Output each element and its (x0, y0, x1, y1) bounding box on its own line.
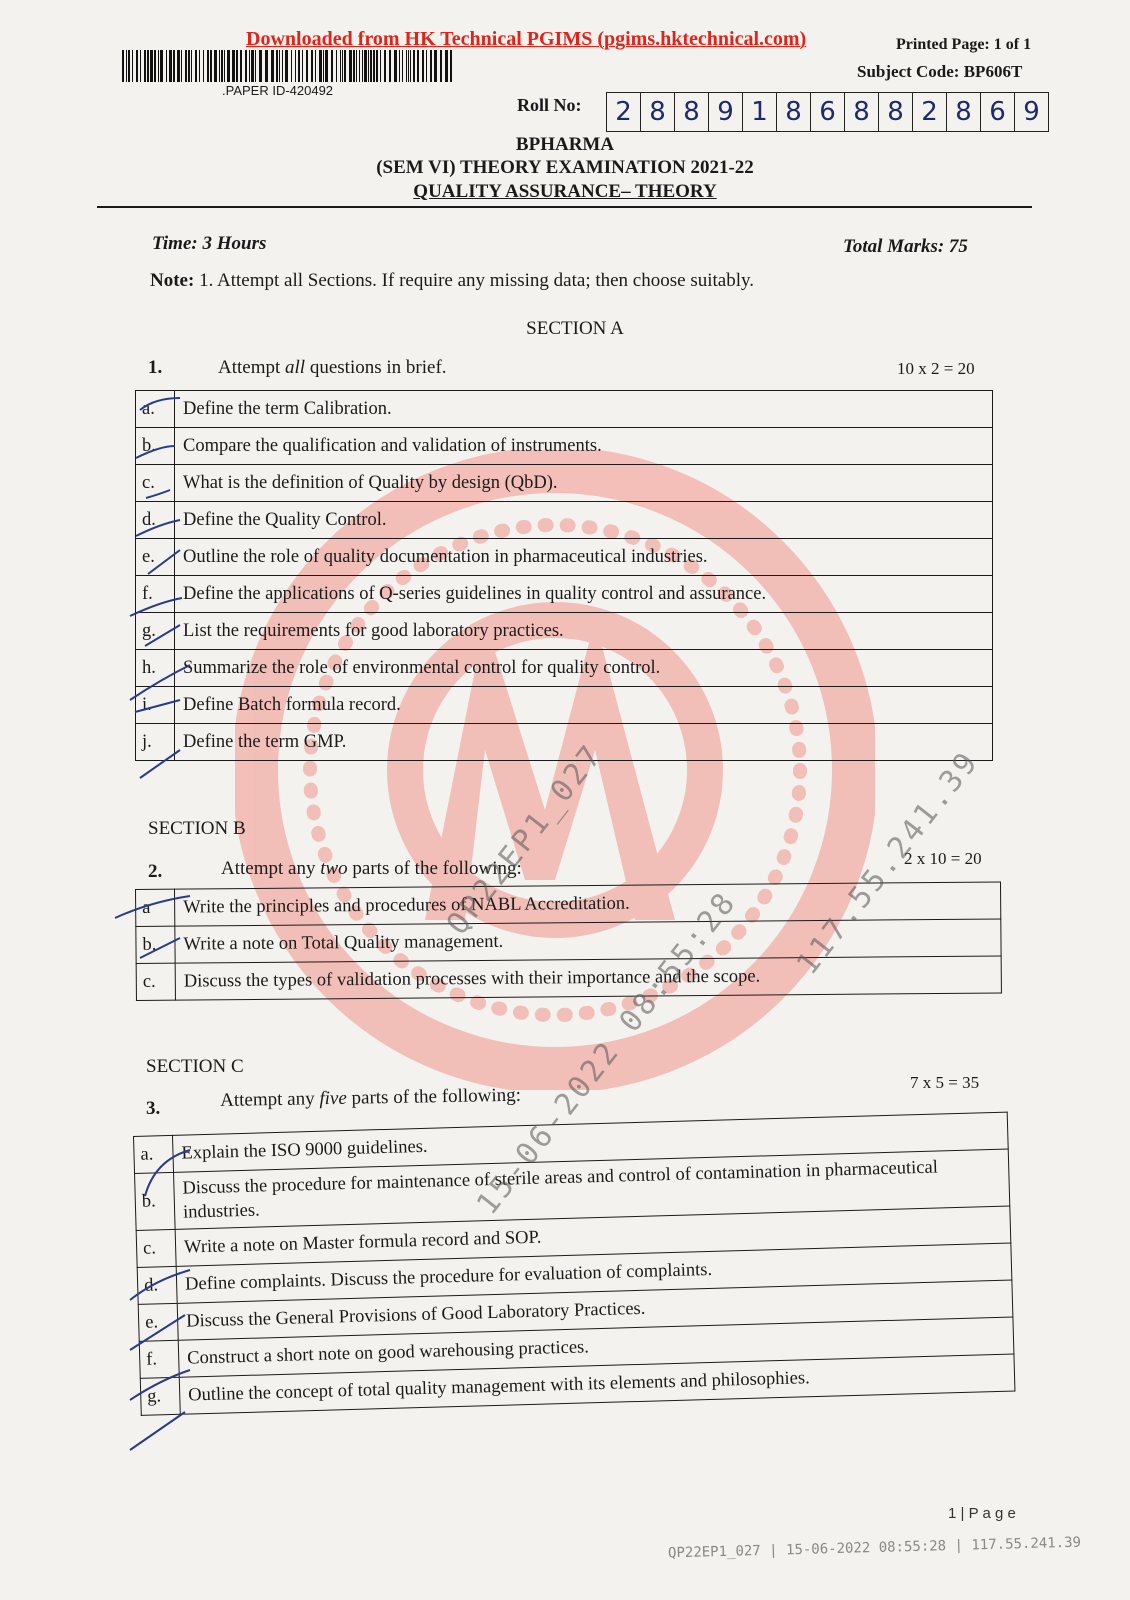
question-1-instruction: Attempt all questions in brief. (218, 357, 447, 379)
roll-number-label: Roll No: (517, 95, 582, 116)
instruction-text: parts of the following: (347, 1085, 521, 1109)
note-text: 1. Attempt all Sections. If require any … (199, 270, 754, 291)
roll-digit: 8 (845, 93, 879, 131)
roll-digit: 1 (743, 93, 777, 131)
download-banner[interactable]: Downloaded from HK Technical PGIMS (pgim… (246, 28, 806, 51)
question-row: b.Compare the qualification and validati… (136, 428, 993, 465)
roll-digit: 8 (777, 93, 811, 131)
exam-note: Note: 1. Attempt all Sections. If requir… (150, 270, 754, 292)
question-text: List the requirements for good laborator… (175, 613, 993, 650)
exam-title: (SEM VI) THEORY EXAMINATION 2021-22 (0, 157, 1130, 179)
total-marks: Total Marks: 75 (843, 236, 968, 258)
section-a-heading: SECTION A (0, 318, 1130, 340)
roll-digit: 8 (879, 93, 913, 131)
instruction-emphasis: five (319, 1088, 347, 1109)
subject-code: Subject Code: BP606T (857, 62, 1022, 82)
question-text: What is the definition of Quality by des… (175, 465, 993, 502)
instruction-text: Attempt any (220, 1088, 320, 1111)
question-row: e.Outline the role of quality documentat… (136, 539, 993, 576)
note-label: Note: (150, 270, 194, 291)
instruction-text: Attempt any (221, 858, 320, 879)
program-title: BPHARMA (0, 134, 1130, 156)
roll-digit: 8 (641, 93, 675, 131)
instruction-emphasis: all (285, 357, 305, 378)
pen-tick-marks (100, 390, 210, 1490)
page-number: 1 | P a g e (948, 1505, 1016, 1522)
header-divider (97, 206, 1032, 208)
question-text: Define the applications of Q-series guid… (175, 576, 993, 613)
question-row: g.List the requirements for good laborat… (136, 613, 993, 650)
question-1-number: 1. (148, 357, 162, 379)
question-text: Define the Quality Control. (175, 502, 993, 539)
roll-digit: 8 (675, 93, 709, 131)
question-text: Define the term Calibration. (175, 391, 993, 428)
section-c-questions: a.Explain the ISO 9000 guidelines.b.Disc… (133, 1112, 1015, 1416)
question-text: Compare the qualification and validation… (175, 428, 993, 465)
roll-digit: 9 (709, 93, 743, 131)
question-row: c.Discuss the types of validation proces… (136, 956, 1001, 1001)
question-row: d.Define the Quality Control. (136, 502, 993, 539)
instruction-emphasis: two (320, 858, 347, 879)
section-c-marks: 7 x 5 = 35 (910, 1073, 979, 1093)
question-text: Define Batch formula record. (175, 687, 993, 724)
question-3-instruction: Attempt any five parts of the following: (220, 1085, 521, 1112)
roll-number-boxes: 2889186882869 (606, 92, 1049, 132)
roll-digit: 6 (981, 93, 1015, 131)
printed-page: Printed Page: 1 of 1 (896, 36, 1031, 54)
question-row: c.What is the definition of Quality by d… (136, 465, 993, 502)
roll-digit: 9 (1015, 93, 1048, 131)
question-text: Summarize the role of environmental cont… (175, 650, 993, 687)
instruction-text: Attempt (218, 357, 285, 378)
roll-digit: 8 (947, 93, 981, 131)
question-row: i.Define Batch formula record. (136, 687, 993, 724)
barcode-icon (122, 50, 458, 82)
question-row: h.Summarize the role of environmental co… (136, 650, 993, 687)
question-row: f.Define the applications of Q-series gu… (136, 576, 993, 613)
section-a-questions: a.Define the term Calibration.b.Compare … (135, 390, 993, 761)
question-text: Discuss the types of validation processe… (175, 956, 1001, 1000)
question-row: a.Define the term Calibration. (136, 391, 993, 428)
roll-digit: 2 (607, 93, 641, 131)
question-text: Outline the role of quality documentatio… (175, 539, 993, 576)
instruction-text: questions in brief. (305, 357, 446, 378)
roll-digit: 6 (811, 93, 845, 131)
roll-digit: 2 (913, 93, 947, 131)
question-row: j.Define the term GMP. (136, 724, 993, 761)
section-a-marks: 10 x 2 = 20 (897, 359, 975, 379)
footer-paper-code: QP22EP1_027 | 15-06-2022 08:55:28 | 117.… (668, 1535, 1081, 1562)
paper-id: .PAPER ID-420492 (222, 83, 333, 98)
exam-duration: Time: 3 Hours (152, 233, 266, 255)
subject-title: QUALITY ASSURANCE– THEORY (0, 181, 1130, 203)
